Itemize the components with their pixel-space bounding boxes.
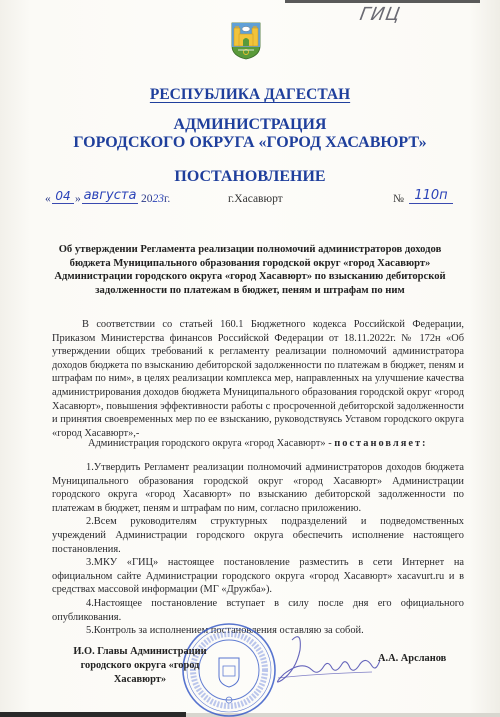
decree-items: 1.Утвердить Регламент реализации полномо… — [52, 461, 464, 638]
decree-number: 110п — [409, 188, 453, 204]
republic-header: РЕСПУБЛИКА ДАГЕСТАН — [0, 86, 500, 104]
date-day: 04 — [52, 189, 74, 204]
scanned-document-page: ГИЦ РЕСПУБЛИКА ДАГЕСТАН АДМИНИСТРАЦИЯ ГО… — [0, 0, 500, 717]
city: г.Хасавюрт — [228, 193, 283, 205]
year-prefix: 20 — [141, 193, 153, 205]
scan-edge — [0, 712, 186, 717]
resolves-word: постановляет: — [334, 438, 427, 449]
date-month: августа — [82, 188, 138, 204]
decree-title: Об утверждении Регламента реализации пол… — [40, 243, 460, 297]
signatory-title-line2: городского округа «город Хасавюрт» — [55, 659, 225, 687]
resolves-paragraph: Администрация городского округа «город Х… — [52, 437, 464, 451]
date-quote-close: » — [75, 193, 81, 205]
decree-item: 1.Утвердить Регламент реализации полномо… — [52, 461, 464, 515]
handwritten-signature — [262, 630, 382, 690]
preamble-paragraph: В соответствии со статьей 160.1 Бюджетно… — [52, 318, 464, 440]
signatory-title-line1: И.О. Главы Администрации — [55, 645, 225, 659]
decree-item: 4.Настоящее постановление вступает в сил… — [52, 597, 464, 624]
scan-edge — [285, 0, 480, 3]
resolves-intro: Администрация городского округа «город Х… — [88, 438, 334, 449]
date-year: 2023г. — [141, 193, 170, 205]
dateline: « 04 » августа 2023г. г.Хасавюрт № 110п — [0, 190, 500, 212]
handwritten-note: ГИЦ — [358, 4, 402, 25]
administration-header: АДМИНИСТРАЦИЯ — [0, 116, 500, 134]
year-suffix: г. — [164, 193, 170, 205]
year-handwritten: 23 — [153, 193, 165, 205]
date-quote-open: « — [45, 193, 51, 205]
signatory-title: И.О. Главы Администрации городского окру… — [55, 645, 225, 687]
city-coat-of-arms-icon — [231, 22, 261, 60]
document-type-heading: ПОСТАНОВЛЕНИЕ — [0, 168, 500, 186]
administration-subheader: ГОРОДСКОГО ОКРУГА «ГОРОД ХАСАВЮРТ» — [0, 134, 500, 152]
number-label: № — [393, 193, 404, 205]
signatory-name: А.А. Арсланов — [378, 653, 446, 664]
decree-item: 3.МКУ «ГИЦ» настоящее постановление разм… — [52, 556, 464, 597]
decree-item: 2.Всем руководителям структурных подразд… — [52, 515, 464, 556]
